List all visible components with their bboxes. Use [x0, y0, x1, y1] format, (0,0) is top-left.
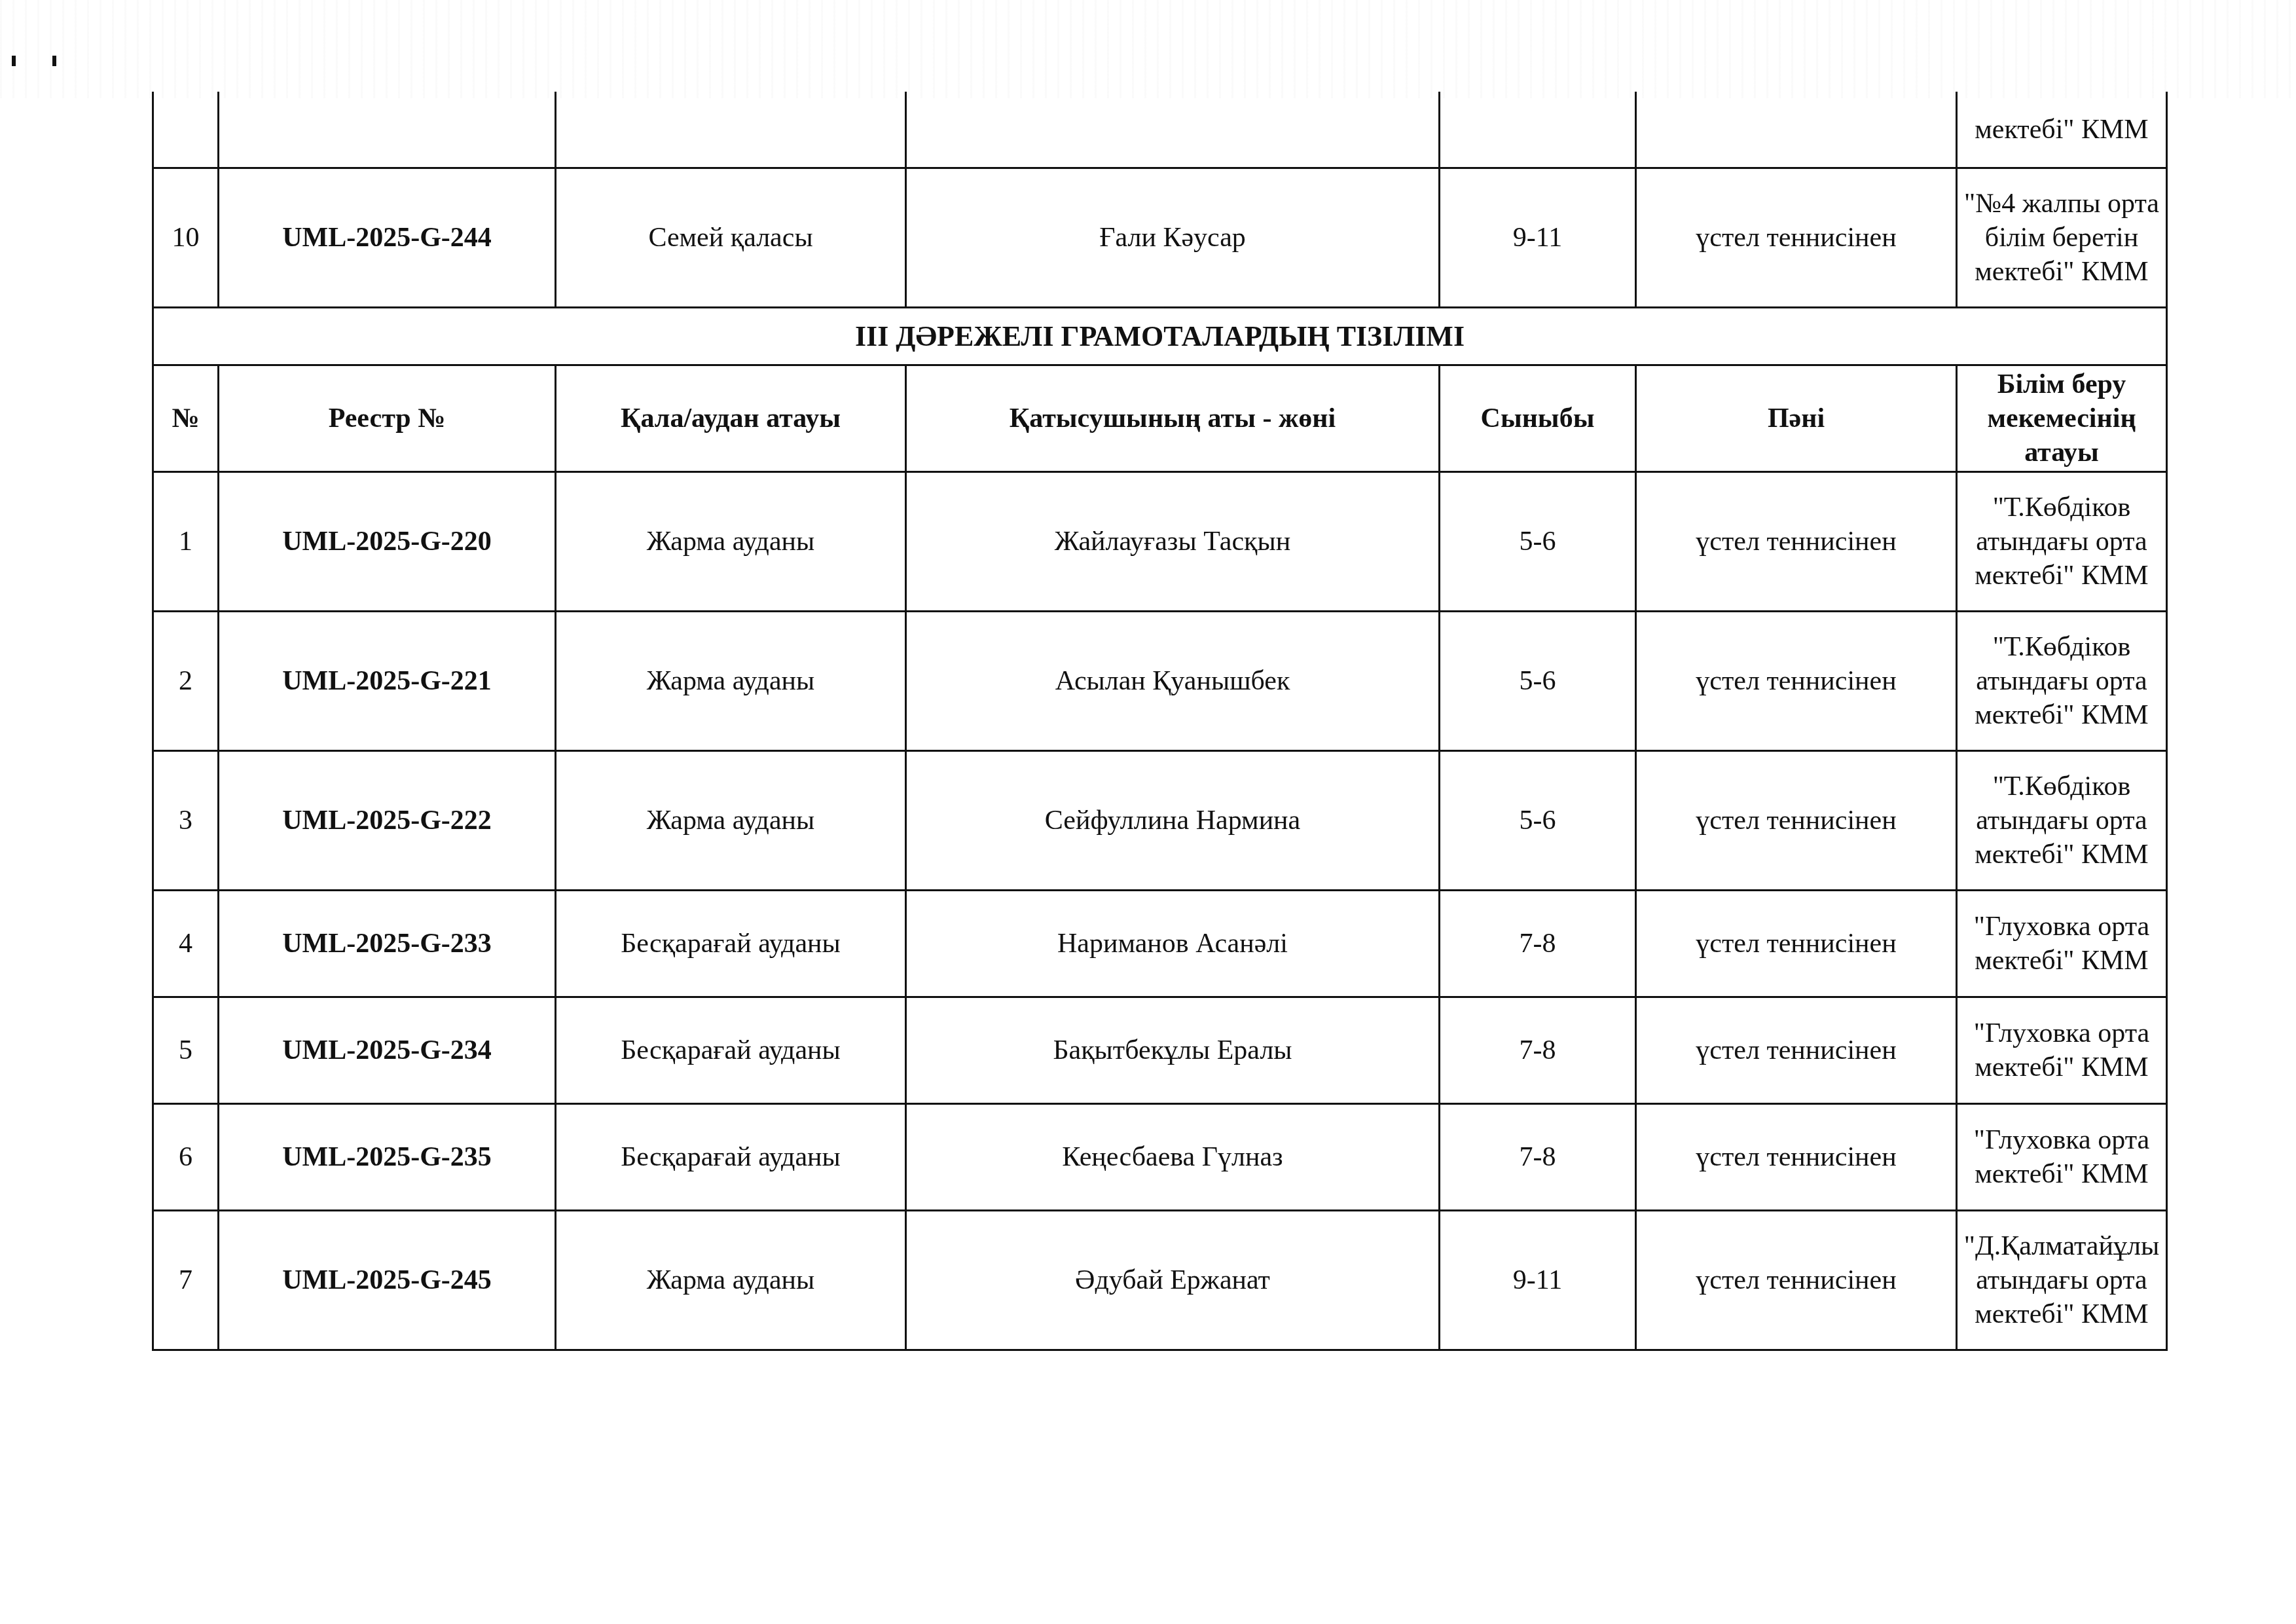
cell-registry: UML-2025-G-222 — [219, 751, 556, 891]
cell-subject: үстел теннисінен — [1636, 751, 1957, 891]
header-participant: Қатысушының аты - жөні — [906, 365, 1440, 472]
cell-no: 4 — [153, 891, 219, 997]
cell-subject: үстел теннисінен — [1636, 472, 1957, 612]
cell-registry — [219, 92, 556, 168]
cell-subject: үстел теннисінен — [1636, 1104, 1957, 1211]
scan-mark — [12, 56, 16, 66]
table-row: 3UML-2025-G-222Жарма ауданыСейфуллина На… — [153, 751, 2167, 891]
cell-participant: Кеңесбаева Гүлназ — [906, 1104, 1440, 1211]
section-title-row: III ДӘРЕЖЕЛІ ГРАМОТАЛАРДЫҢ ТІЗІЛІМІ — [153, 308, 2167, 365]
cell-city: Бесқарағай ауданы — [556, 1104, 906, 1211]
cell-city: Бесқарағай ауданы — [556, 891, 906, 997]
cell-institution: "Глуховка орта мектебі" КММ — [1957, 997, 2167, 1104]
cell-no: 7 — [153, 1211, 219, 1350]
cell-grade: 7-8 — [1440, 891, 1636, 997]
cell-grade: 5-6 — [1440, 472, 1636, 612]
cell-no: 3 — [153, 751, 219, 891]
cell-registry: UML-2025-G-233 — [219, 891, 556, 997]
cell-institution: "Т.Көбдіков атындағы орта мектебі" КММ — [1957, 612, 2167, 751]
header-grade: Сыныбы — [1440, 365, 1636, 472]
scan-noise — [0, 0, 2296, 98]
cell-grade: 5-6 — [1440, 751, 1636, 891]
table-row: 4UML-2025-G-233Бесқарағай ауданыНаримано… — [153, 891, 2167, 997]
table-row: 5UML-2025-G-234Бесқарағай ауданыБақытбек… — [153, 997, 2167, 1104]
cell-registry: UML-2025-G-221 — [219, 612, 556, 751]
cell-no — [153, 92, 219, 168]
cell-participant: Сейфуллина Нармина — [906, 751, 1440, 891]
cell-registry: UML-2025-G-220 — [219, 472, 556, 612]
header-no: № — [153, 365, 219, 472]
cell-registry: UML-2025-G-245 — [219, 1211, 556, 1350]
header-registry: Реестр № — [219, 365, 556, 472]
cell-institution: "Т.Көбдіков атындағы орта мектебі" КММ — [1957, 472, 2167, 612]
cell-no: 5 — [153, 997, 219, 1104]
cell-grade: 9-11 — [1440, 168, 1636, 308]
cell-participant: Ғали Кәусар — [906, 168, 1440, 308]
cell-city: Жарма ауданы — [556, 751, 906, 891]
cell-city: Бесқарағай ауданы — [556, 997, 906, 1104]
table-row: 10 UML-2025-G-244 Семей қаласы Ғали Кәус… — [153, 168, 2167, 308]
cell-city: Жарма ауданы — [556, 1211, 906, 1350]
table-row: 2UML-2025-G-221Жарма ауданыАсылан Қуаныш… — [153, 612, 2167, 751]
cell-registry: UML-2025-G-235 — [219, 1104, 556, 1211]
header-city: Қала/аудан атауы — [556, 365, 906, 472]
header-row: № Реестр № Қала/аудан атауы Қатысушының … — [153, 365, 2167, 472]
header-subject: Пәні — [1636, 365, 1957, 472]
cell-participant: Асылан Қуанышбек — [906, 612, 1440, 751]
cell-city — [556, 92, 906, 168]
cell-participant: Әдубай Ержанат — [906, 1211, 1440, 1350]
cell-institution: "Глуховка орта мектебі" КММ — [1957, 891, 2167, 997]
cell-institution: "№4 жалпы орта білім беретін мектебі" КМ… — [1957, 168, 2167, 308]
cell-subject: үстел теннисінен — [1636, 168, 1957, 308]
table-row: 7UML-2025-G-245Жарма ауданыӘдубай Ержана… — [153, 1211, 2167, 1350]
cell-no: 2 — [153, 612, 219, 751]
cell-grade — [1440, 92, 1636, 168]
cell-no: 1 — [153, 472, 219, 612]
cell-subject: үстел теннисінен — [1636, 612, 1957, 751]
cell-grade: 5-6 — [1440, 612, 1636, 751]
cell-subject: үстел теннисінен — [1636, 891, 1957, 997]
cell-institution: мектебі" КММ — [1957, 92, 2167, 168]
cell-no: 6 — [153, 1104, 219, 1211]
cell-grade: 9-11 — [1440, 1211, 1636, 1350]
cell-participant: Жайлауғазы Тасқын — [906, 472, 1440, 612]
cell-grade: 7-8 — [1440, 997, 1636, 1104]
cell-subject: үстел теннисінен — [1636, 1211, 1957, 1350]
cell-city: Жарма ауданы — [556, 472, 906, 612]
cell-institution: "Глуховка орта мектебі" КММ — [1957, 1104, 2167, 1211]
cell-participant: Нариманов Асанәлі — [906, 891, 1440, 997]
cell-registry: UML-2025-G-244 — [219, 168, 556, 308]
cell-subject — [1636, 92, 1957, 168]
cell-institution: "Д.Қалматайұлы атындағы орта мектебі" КМ… — [1957, 1211, 2167, 1350]
cell-subject: үстел теннисінен — [1636, 997, 1957, 1104]
cell-registry: UML-2025-G-234 — [219, 997, 556, 1104]
cell-city: Семей қаласы — [556, 168, 906, 308]
scan-mark — [52, 56, 56, 66]
cell-grade: 7-8 — [1440, 1104, 1636, 1211]
cell-no: 10 — [153, 168, 219, 308]
certificate-registry-table: мектебі" КММ 10 UML-2025-G-244 Семей қал… — [152, 92, 2168, 1351]
section-title: III ДӘРЕЖЕЛІ ГРАМОТАЛАРДЫҢ ТІЗІЛІМІ — [153, 308, 2167, 365]
cell-participant: Бақытбекұлы Ералы — [906, 997, 1440, 1104]
table-row: 6UML-2025-G-235Бесқарағай ауданыКеңесбае… — [153, 1104, 2167, 1211]
cell-participant — [906, 92, 1440, 168]
table-row: 1UML-2025-G-220Жарма ауданыЖайлауғазы Та… — [153, 472, 2167, 612]
cell-city: Жарма ауданы — [556, 612, 906, 751]
cell-institution: "Т.Көбдіков атындағы орта мектебі" КММ — [1957, 751, 2167, 891]
header-institution: Білім беру мекемесінің атауы — [1957, 365, 2167, 472]
table-row-continued: мектебі" КММ — [153, 92, 2167, 168]
